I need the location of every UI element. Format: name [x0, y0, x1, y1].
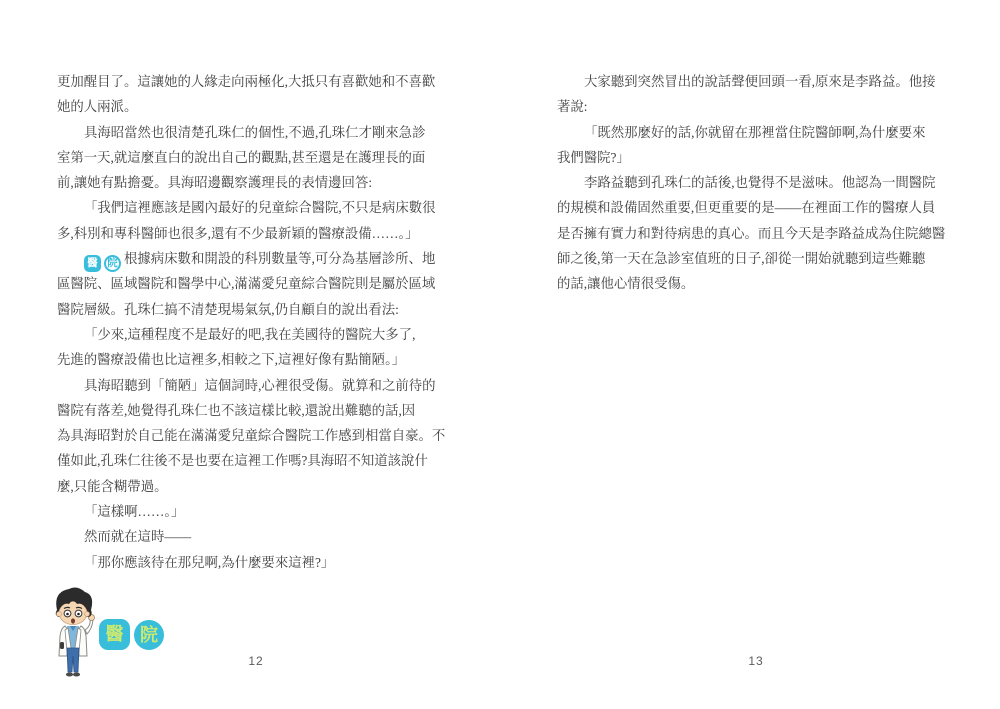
text-line: 醫院層級。孔珠仁搞不清楚現場氣氛,仍自顧自的說出看法:	[57, 297, 455, 322]
text-line: 李路益聽到孔珠仁的話後,也覺得不是滋味。他認為一間醫院	[557, 170, 955, 195]
text-line: 「這樣啊……。」	[57, 499, 455, 524]
book-spread: 更加醒目了。這讓她的人緣走向兩極化,大抵只有喜歡她和不喜歡 她的人兩派。 具海昭…	[0, 0, 1000, 709]
text-line: 大家聽到突然冒出的說話聲便回頭一看,原來是李路益。他接	[557, 69, 955, 94]
text-line: 「既然那麼好的話,你就留在那裡當住院醫師啊,為什麼要來	[557, 120, 955, 145]
text-line: 多,科別和專科醫師也很多,還有不少最新穎的醫療設備……。」	[57, 221, 455, 246]
page-number-right: 13	[557, 654, 955, 668]
text-line: 更加醒目了。這讓她的人緣走向兩極化,大抵只有喜歡她和不喜歡	[57, 69, 455, 94]
text-line: 她的人兩派。	[57, 94, 455, 119]
text-line: 具海昭當然也很清楚孔珠仁的個性,不過,孔珠仁才剛來急診	[57, 120, 455, 145]
text-line-with-badges: 醫院根據病床數和開設的科別數量等,可分為基層診所、地	[57, 246, 455, 271]
text-line: 「少來,這種程度不是最好的吧,我在美國待的醫院大多了,	[57, 322, 455, 347]
text-line: 麼,只能含糊帶過。	[57, 474, 455, 499]
text-line: 室第一天,就這麼直白的說出自己的觀點,甚至還是在護理長的面	[57, 145, 455, 170]
text-line: 具海昭聽到「簡陋」這個詞時,心裡很受傷。就算和之前待的	[57, 373, 455, 398]
text-line: 我們醫院?」	[557, 145, 955, 170]
hospital-badge-square-large: 醫	[99, 619, 130, 650]
doctor-boy-illustration	[43, 586, 103, 688]
text-line: 「我們這裡應該是國內最好的兒童綜合醫院,不只是病床數很	[57, 195, 455, 220]
text-line: 師之後,第一天在急診室值班的日子,卻從一開始就聽到這些難聽	[557, 246, 955, 271]
text-line: 區醫院、區域醫院和醫學中心,滿滿愛兒童綜合醫院則是屬於區域	[57, 271, 455, 296]
text-line: 是否擁有實力和對待病患的真心。而且今天是李路益成為住院總醫	[557, 221, 955, 246]
left-page-text: 更加醒目了。這讓她的人緣走向兩極化,大抵只有喜歡她和不喜歡 她的人兩派。 具海昭…	[57, 69, 455, 575]
text-line: 著說:	[557, 94, 955, 119]
text-line: 然而就在這時——	[57, 524, 455, 549]
text-line: 為具海昭對於自己能在滿滿愛兒童綜合醫院工作感到相當自豪。不	[57, 423, 455, 448]
text-line: 根據病床數和開設的科別數量等,可分為基層診所、地	[124, 251, 435, 266]
hospital-badge-circle-large: 院	[134, 620, 164, 650]
text-line: 醫院有落差,她覺得孔珠仁也不該這樣比較,還說出難聽的話,因	[57, 398, 455, 423]
hospital-badge-square-icon: 醫	[84, 255, 101, 272]
right-page-text: 大家聽到突然冒出的說話聲便回頭一看,原來是李路益。他接 著說: 「既然那麼好的話…	[557, 69, 955, 297]
text-line: 前,讓她有點擔憂。具海昭邊觀察護理長的表情邊回答:	[57, 170, 455, 195]
text-line: 的規模和設備固然重要,但更重要的是——在裡面工作的醫療人員	[557, 195, 955, 220]
page-number-left: 12	[57, 654, 455, 668]
hospital-badge-ring-icon: 院	[104, 255, 121, 272]
text-line: 先進的醫療設備也比這裡多,相較之下,這裡好像有點簡陋。」	[57, 347, 455, 372]
text-line: 僅如此,孔珠仁往後不是也要在這裡工作嗎?具海昭不知道該說什	[57, 448, 455, 473]
text-line: 的話,讓他心情很受傷。	[557, 271, 955, 296]
text-line: 「那你應該待在那兒啊,為什麼要來這裡?」	[57, 550, 455, 575]
